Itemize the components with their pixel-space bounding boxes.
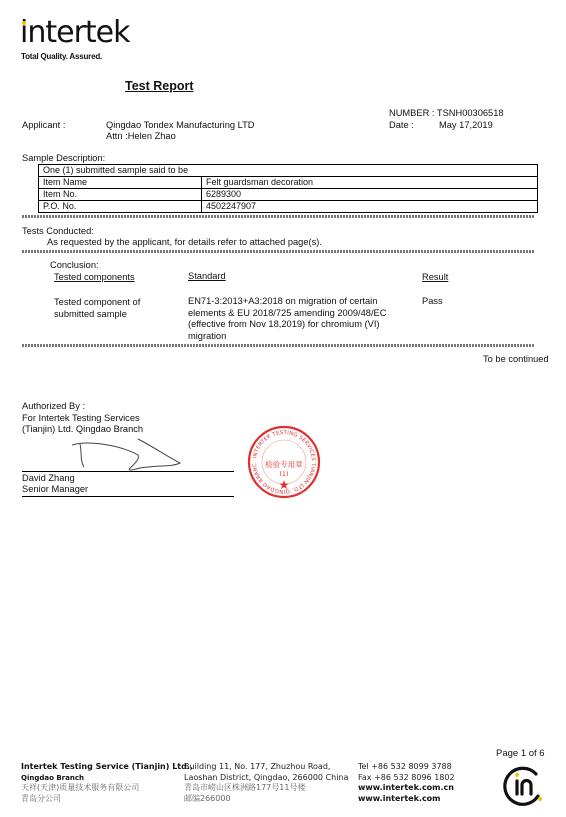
conclusion-heading: Conclusion: [50,260,99,270]
footer-contact: Tel +86 532 8099 3788 Fax +86 532 8096 1… [358,762,455,804]
footer-company: Intertek Testing Service (Tianjin) Ltd.,… [21,762,193,804]
column-header-components: Tested components [54,272,135,282]
svg-text:(1): (1) [279,470,288,478]
footer-branch-cn: 青岛分公司 [21,794,193,805]
result-value: Pass [422,296,443,306]
authorized-by-label: Authorized By : [22,401,143,413]
applicant-attn: Attn :Helen Zhao [106,131,176,141]
authorized-org: For Intertek Testing Services [22,413,143,425]
signer-name: David Zhang [22,473,75,483]
intertek-in-logo-icon [498,762,548,810]
table-row: P.O. No. 4502247907 [39,201,538,213]
applicant-company: Qingdao Tondex Manufacturing LTD [106,120,255,130]
report-date-value: May 17,2019 [439,120,493,130]
sample-row-label: Item No. [39,189,202,201]
sample-heading: Sample Description: [22,153,105,163]
footer-tel: Tel +86 532 8099 3788 [358,762,455,773]
standard-line: (effective from Nov 18,2019) for chromiu… [188,319,386,331]
svg-text:检验专用章: 检验专用章 [265,459,303,469]
signer-title: Senior Manager [22,484,88,494]
sample-row-value: 6289300 [202,189,538,201]
component-line: Tested component of [54,296,140,308]
footer-address: Building 11, No. 177, Zhuzhou Road, Laos… [184,762,348,804]
tested-component: Tested component of submitted sample [54,296,140,320]
standard-line: EN71-3:2013+A3:2018 on migration of cert… [188,296,386,308]
signature [60,435,190,475]
tests-text: As requested by the applicant, for detai… [47,237,322,247]
footer-address-cn: 邮编266000 [184,794,348,805]
table-row: Item No. 6289300 [39,189,538,201]
sample-row-label: P.O. No. [39,201,202,213]
intertek-logo: intertek [20,18,130,48]
sample-row-label: Item Name [39,177,202,189]
applicant-label: Applicant : [22,120,65,130]
table-row: Item Name Felt guardsman decoration [39,177,538,189]
brand-tagline: Total Quality. Assured. [21,52,102,61]
separator-line [22,344,535,347]
footer-address-line: Building 11, No. 177, Zhuzhou Road, [184,762,348,773]
standard-text: EN71-3:2013+A3:2018 on migration of cert… [188,296,386,343]
authorized-org: (Tianjin) Ltd. Qingdao Branch [22,424,143,436]
standard-line: migration [188,331,386,343]
footer-fax: Fax +86 532 8096 1802 [358,773,455,784]
separator-line [22,250,535,253]
report-number-label: NUMBER : [389,108,434,118]
sample-intro: One (1) submitted sample said to be [39,165,538,177]
report-number-value: TSNH00306518 [437,108,504,118]
report-number: NUMBER : TSNH00306518 [389,108,504,118]
separator-line [22,215,535,218]
standard-line: elements & EU 2018/725 amending 2009/48/… [188,308,386,320]
table-row: One (1) submitted sample said to be [39,165,538,177]
footer-address-line: Laoshan District, Qingdao, 266000 China [184,773,348,784]
signature-line [22,471,234,472]
logo-dot-icon [22,21,26,25]
footer-address-cn: 青岛市崂山区株洲路177号11号楼 [184,783,348,794]
report-date-label: Date : [389,120,414,130]
page-title: Test Report [125,79,194,93]
footer-company-en: Intertek Testing Service (Tianjin) Ltd., [21,762,193,771]
footer-website[interactable]: www.intertek.com [358,794,441,803]
column-header-standard: Standard [188,271,226,281]
to-be-continued: To be continued [483,354,549,364]
sample-table: One (1) submitted sample said to be Item… [38,164,538,213]
component-line: submitted sample [54,308,140,320]
tests-heading: Tests Conducted: [22,226,94,236]
logo-wordmark: intertek [20,15,130,50]
column-header-result: Result [422,272,448,282]
footer-company-cn: 天祥(天津)质量技术服务有限公司 [21,783,193,794]
sample-row-value: 4502247907 [202,201,538,213]
signature-line [22,496,234,497]
footer-branch-en: Qingdao Branch [21,774,84,782]
company-seal-icon: INTERTEK TESTING SERVICES TIANJIN LTD. Q… [247,425,321,499]
sample-row-value: Felt guardsman decoration [202,177,538,189]
page-number: Page 1 of 6 [496,748,545,759]
authorization-block: Authorized By : For Intertek Testing Ser… [22,401,143,436]
footer-website-cn[interactable]: www.intertek.com.cn [358,783,454,792]
